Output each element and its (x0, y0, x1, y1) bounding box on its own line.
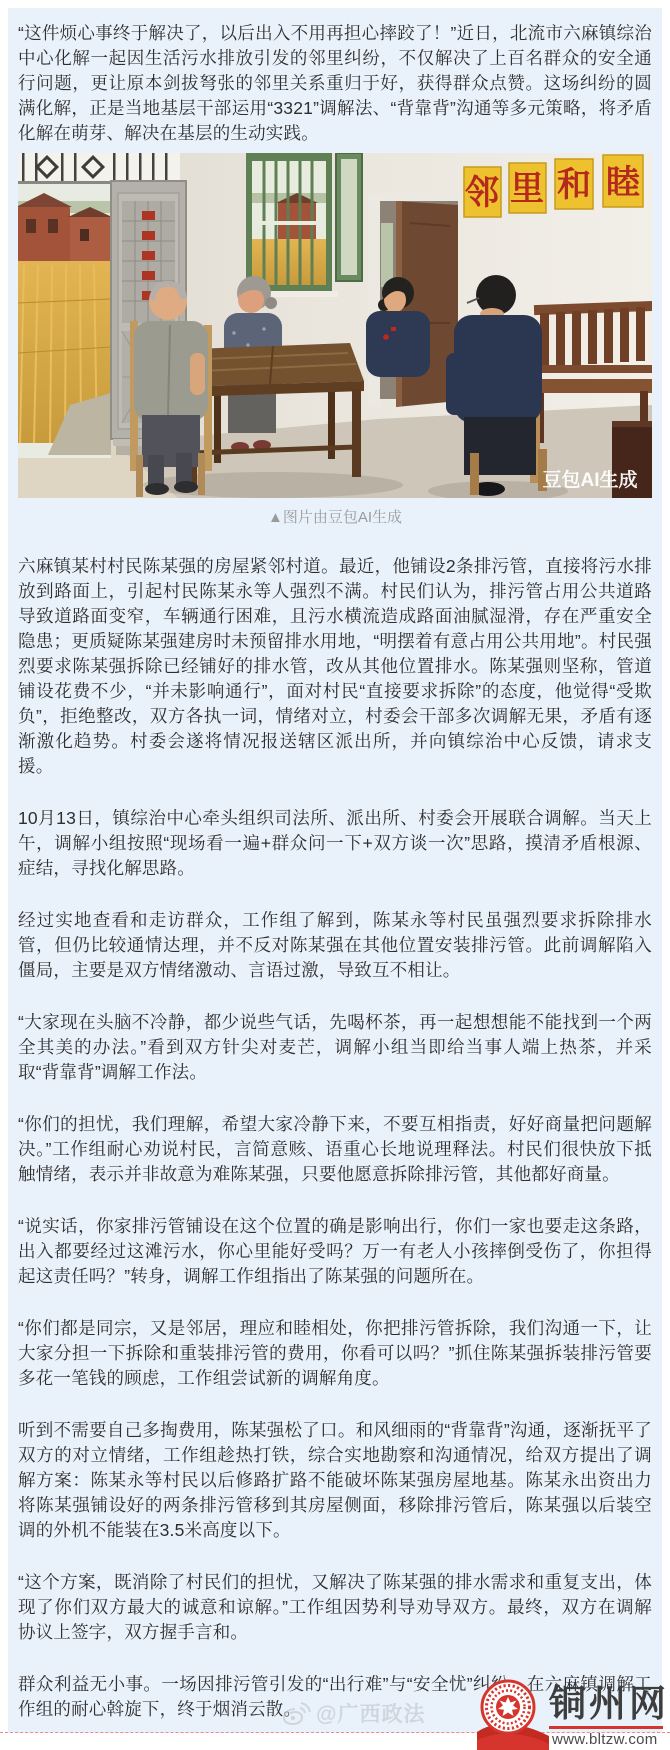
paragraph: 经过实地查看和走访群众，工作组了解到，陈某永等村民虽强烈要求拆除排水管，但仍比较… (18, 908, 652, 983)
site-name: 铜州网 (549, 1684, 669, 1724)
banner-char: 邻 (465, 174, 499, 212)
article-body: “这件烦心事终于解决了，以后出入不用再担心摔跤了！”近日，北流市六麻镇综治中心化… (8, 8, 662, 1722)
paragraph: 六麻镇某村村民陈某强的房屋紧邻村道。最近，他铺设2条排污管，直接将污水排放到路面… (18, 554, 652, 779)
weibo-watermark: @广西政法 (283, 1698, 425, 1728)
paragraph: “这个方案，既消除了村民们的担忧，又解决了陈某强的排水需求和重复支出，体现了你们… (18, 1570, 652, 1645)
photo-illustration: 邻 里 和 睦 (18, 153, 652, 498)
photo-window (242, 153, 362, 297)
paragraph: “说实话，你家排污管铺设在这个位置的确是影响出行，你们一家也要走这条路，出入都要… (18, 1214, 652, 1289)
logo-underline (549, 1726, 663, 1729)
banner-tile: 和 (555, 159, 593, 209)
weibo-icon (283, 1701, 311, 1725)
paragraph: “你们都是同宗，又是邻居，理应和睦相处，你把排污管拆除，我们沟通一下，让大家分担… (18, 1316, 652, 1391)
paragraph: “这件烦心事终于解决了，以后出入不用再担心摔跤了！”近日，北流市六麻镇综治中心化… (18, 21, 652, 146)
photo-ai-watermark: 豆包AI生成 (542, 468, 637, 491)
banner-char: 和 (557, 166, 591, 204)
banner-char: 睦 (606, 164, 640, 202)
banner-tile: 里 (509, 163, 546, 213)
photo-transom-grille (18, 153, 180, 184)
photo-caption: ▲图片由豆包AI生成 (18, 508, 652, 527)
post-card: “这件烦心事终于解决了，以后出入不用再担心摔跤了！”近日，北流市六麻镇综治中心化… (8, 8, 662, 1733)
seal-icon (477, 1652, 549, 1750)
paragraph: 10月13日，镇综治中心牵头组织司法所、派出所、村委会开展联合调解。当天上午，调… (18, 806, 652, 881)
banner-char: 里 (510, 170, 544, 208)
photo-outdoor-view (18, 183, 112, 458)
article-photo[interactable]: 邻 里 和 睦 (18, 153, 652, 498)
weibo-watermark-text: @广西政法 (316, 1698, 425, 1728)
site-logo-seal (477, 1652, 549, 1750)
site-url: www.bltzw.com (552, 1731, 658, 1748)
paragraph: “大家现在头脑不冷静，都少说些气话，先喝杯茶，再一起想想能不能找到一个两全其美的… (18, 1010, 652, 1085)
banner-tile: 睦 (603, 155, 643, 207)
weibo-article-screenshot: { "page": { "background": "#ffffff", "ca… (0, 0, 670, 1750)
paragraph: 听到不需要自己多掏费用，陈某强松了口。和风细雨的“背靠背”沟通，逐渐抚平了双方的… (18, 1418, 652, 1543)
paragraph: “你们的担忧，我们理解，希望大家冷静下来，不要互相指责，好好商量把问题解决。”工… (18, 1112, 652, 1187)
banner-tile: 邻 (464, 167, 501, 217)
